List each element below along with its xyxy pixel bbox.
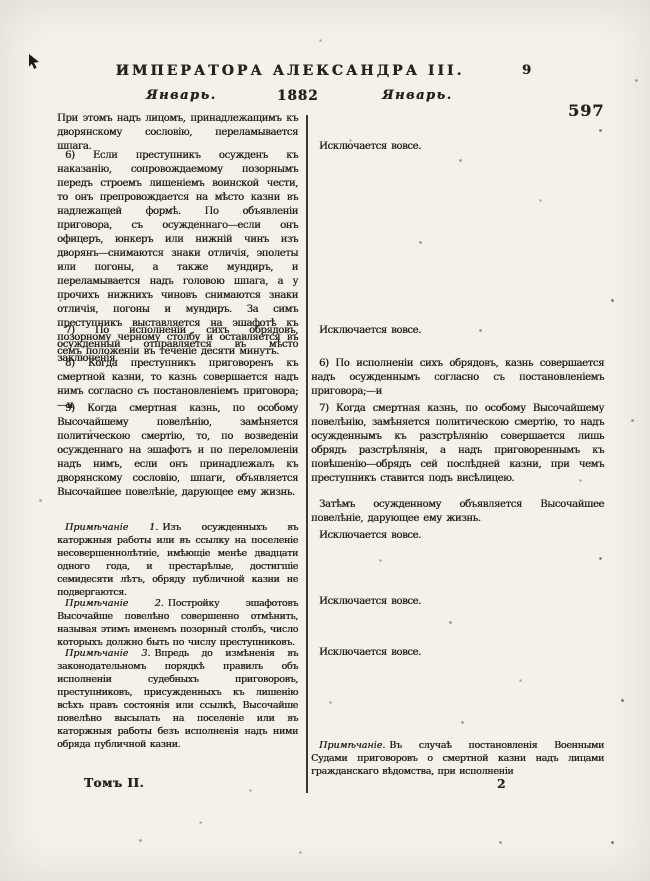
paragraph-7-right: 7) Когда смертная казнь, по особому Высо… — [311, 402, 604, 486]
excluded-entry-5: Исключается вовсе. — [311, 646, 604, 660]
note-3: Примѣчаніе 3.Впредь до измѣненія въ зако… — [57, 647, 298, 751]
document-number: 597 — [568, 101, 604, 120]
excluded-entry-4: Исключается вовсе. — [311, 595, 604, 609]
note-2: Примѣчаніе 2.Постройку эшафотовъ Высочай… — [57, 597, 298, 649]
note-1-label: Примѣчаніе 1. — [65, 522, 158, 533]
page-number: 9 — [522, 63, 531, 78]
note-right-label: Примѣчаніе. — [319, 740, 385, 751]
volume-footer: Томъ II. — [84, 776, 144, 790]
excluded-entry-2: Исключается вовсе. — [311, 324, 604, 338]
paragraph-6-right: 6) По исполненіи сихъ обрядовъ, казнь со… — [311, 357, 604, 399]
scan-noise-speckles — [0, 0, 1, 1]
running-head-month-right: Январь. — [382, 88, 453, 103]
note-2-label: Примѣчаніе 2. — [65, 598, 164, 609]
paragraph-intro: При этомъ надъ лицомъ, принадлежащимъ къ… — [57, 112, 298, 154]
note-right: Примѣчаніе.Въ случаѣ постановленія Военн… — [311, 739, 604, 778]
note-1: Примѣчаніе 1.Изъ осужденныхъ въ каторжны… — [57, 521, 298, 599]
column-divider-rule — [306, 115, 308, 793]
running-head-year: 1882 — [277, 88, 319, 104]
mouse-cursor-icon — [27, 53, 41, 70]
note-3-label: Примѣчаніе 3. — [65, 648, 150, 659]
excluded-entry-3: Исключается вовсе. — [311, 529, 604, 543]
running-head-month-left: Январь. — [146, 88, 217, 103]
paragraph-zatem: Затѣмъ осужденному объявляется Высочайше… — [311, 498, 604, 526]
signature-mark: 2 — [497, 777, 505, 791]
page-title: ИМПЕРАТОРА АЛЕКСАНДРА III. — [90, 63, 490, 79]
note-1-text: Изъ осужденныхъ въ каторжныя работы или … — [57, 522, 298, 598]
excluded-entry-1: Исключается вовсе. — [311, 140, 604, 154]
note-3-text: Впредь до измѣненія въ законодательномъ … — [57, 648, 298, 750]
scanned-document-page: ИМПЕРАТОРА АЛЕКСАНДРА III. 9 Январь. 188… — [0, 0, 650, 881]
paragraph-9: 9) Когда смертная казнь, по особому Высо… — [57, 402, 298, 500]
